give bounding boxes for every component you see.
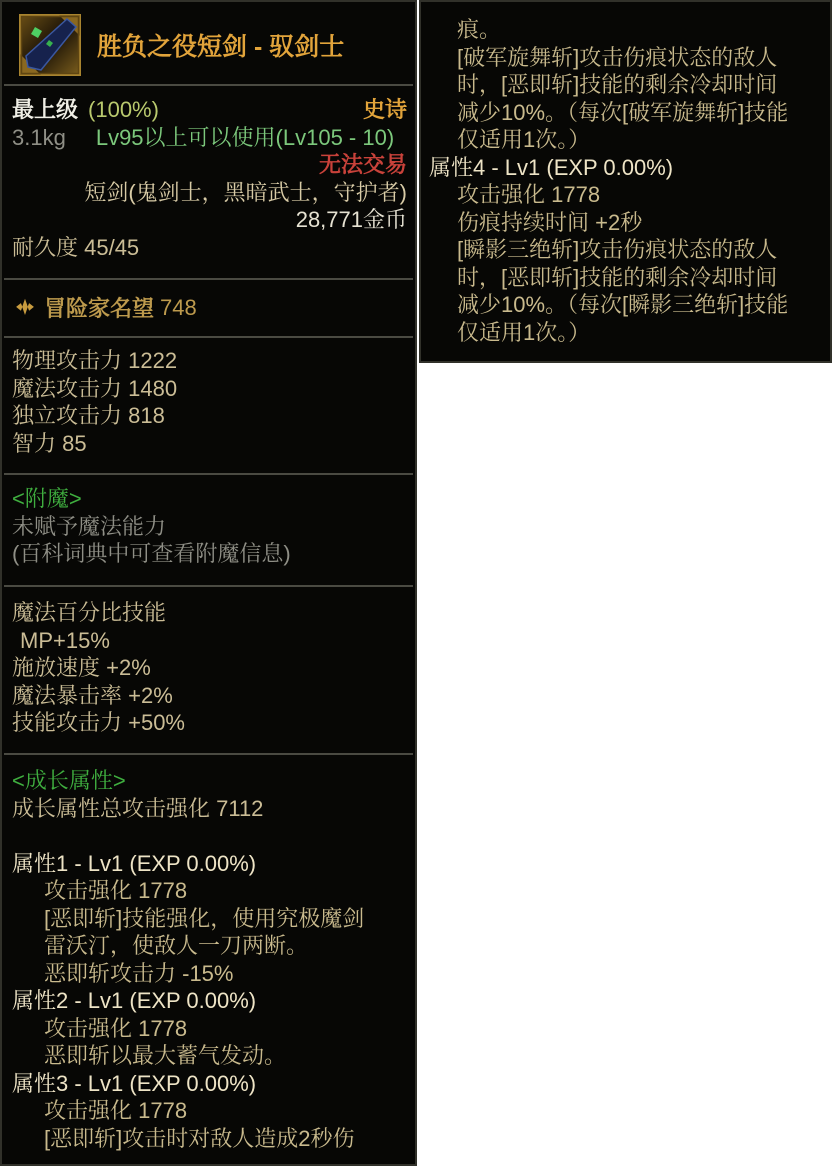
item-icon xyxy=(19,14,81,76)
item-title: 胜负之役短剑 - 驭剑士 xyxy=(97,27,344,63)
divider xyxy=(4,278,413,280)
magic-skill-line: 魔法暴击率 +2% xyxy=(2,682,415,710)
attr1-line: 攻击强化 1778 xyxy=(2,877,415,905)
attr1-line: 恶即斩攻击力 -15% xyxy=(2,960,415,988)
attr3-header: 属性3 - Lv1 (EXP 0.00%) xyxy=(2,1070,415,1098)
attr4-line: 伤痕持续时间 +2秒 xyxy=(421,209,830,237)
item-level-requirement: Lv95以上可以使用(Lv105 - 10) xyxy=(96,124,394,152)
magic-skill-line: MP+15% xyxy=(2,627,415,655)
tooltip-screenshot: 胜负之役短剑 - 驭剑士 最上级 (100%) 史诗 3.1kg Lv95以上可… xyxy=(0,0,832,1166)
attr4-line: 仅适用1次。） xyxy=(421,319,830,347)
item-durability: 耐久度 45/45 xyxy=(2,234,415,262)
enchant-line: (百科词典中可查看附魔信息) xyxy=(2,540,415,568)
enchant-header: <附魔> xyxy=(2,485,415,513)
item-grade-percent: (100%) xyxy=(88,96,159,124)
attr3-line: [恶即斩]攻击时对敌人造成2秒伤 xyxy=(2,1125,415,1153)
attr1-line: [恶即斩]技能强化，使用究极魔剑 xyxy=(2,905,415,933)
growth-total: 成长属性总攻击强化 7112 xyxy=(2,795,415,823)
magic-skill-header: 魔法百分比技能 xyxy=(2,599,415,627)
stat-line: 魔法攻击力 1480 xyxy=(2,375,415,403)
spacer-line xyxy=(2,822,415,850)
magic-skill-line: 技能攻击力 +50% xyxy=(2,709,415,737)
divider xyxy=(4,84,413,86)
tooltip-overflow-panel: 痕。 [破军旋舞斩]攻击伤痕状态的敌人 时，[恶即斩]技能的剩余冷却时间 减少1… xyxy=(419,0,832,363)
attr2-line: 攻击强化 1778 xyxy=(2,1015,415,1043)
stat-line: 物理攻击力 1222 xyxy=(2,347,415,375)
divider xyxy=(4,473,413,475)
attr3-overflow-line: [破军旋舞斩]攻击伤痕状态的敌人 xyxy=(421,44,830,72)
item-header: 胜负之役短剑 - 驭剑士 xyxy=(2,14,415,76)
base-stats-block: 物理攻击力 1222 魔法攻击力 1480 独立攻击力 818 智力 85 xyxy=(2,347,415,457)
attr4-line: 减少10%。（每次[瞬影三绝斩]技能 xyxy=(421,291,830,319)
item-info-block: 最上级 (100%) 史诗 3.1kg Lv95以上可以使用(Lv105 - 1… xyxy=(2,96,415,261)
item-grade: 最上级 xyxy=(12,96,78,124)
growth-header: <成长属性> xyxy=(2,767,415,795)
fame-badge-icon xyxy=(12,295,38,321)
attr1-line: 雷沃汀，使敌人一刀两断。 xyxy=(2,932,415,960)
item-price: 28,771金币 xyxy=(2,206,415,234)
enchant-block: <附魔> 未赋予魔法能力 (百科词典中可查看附魔信息) xyxy=(2,485,415,568)
trade-status: 无法交易 xyxy=(2,151,415,179)
attr4-line: [瞬影三绝斩]攻击伤痕状态的敌人 xyxy=(421,236,830,264)
divider xyxy=(4,753,413,755)
item-weight: 3.1kg xyxy=(12,124,66,152)
overflow-block: 痕。 [破军旋舞斩]攻击伤痕状态的敌人 时，[恶即斩]技能的剩余冷却时间 减少1… xyxy=(421,16,830,346)
divider xyxy=(4,585,413,587)
growth-block: <成长属性> 成长属性总攻击强化 7112 属性1 - Lv1 (EXP 0.0… xyxy=(2,767,415,1152)
item-category: 短剑(鬼剑士，黑暗武士，守护者) xyxy=(2,179,415,207)
attr3-overflow-line: 痕。 xyxy=(421,16,830,44)
attr3-overflow-line: 时，[恶即斩]技能的剩余冷却时间 xyxy=(421,71,830,99)
attr3-line: 攻击强化 1778 xyxy=(2,1097,415,1125)
attr4-line: 时，[恶即斩]技能的剩余冷却时间 xyxy=(421,264,830,292)
adventurer-fame-row: 冒险家名望 748 xyxy=(2,292,415,323)
attr3-overflow-line: 减少10%。（每次[破军旋舞斩]技能 xyxy=(421,99,830,127)
fame-label: 冒险家名望 xyxy=(44,292,154,323)
attr2-line: 恶即斩以最大蓄气发动。 xyxy=(2,1042,415,1070)
attr3-overflow-line: 仅适用1次。） xyxy=(421,126,830,154)
enchant-line: 未赋予魔法能力 xyxy=(2,513,415,541)
item-tooltip-panel: 胜负之役短剑 - 驭剑士 最上级 (100%) 史诗 3.1kg Lv95以上可… xyxy=(0,0,417,1166)
magic-skill-block: 魔法百分比技能 MP+15% 施放速度 +2% 魔法暴击率 +2% 技能攻击力 … xyxy=(2,599,415,737)
stat-line: 独立攻击力 818 xyxy=(2,402,415,430)
stat-line: 智力 85 xyxy=(2,430,415,458)
fame-value: 748 xyxy=(160,295,197,321)
item-rarity: 史诗 xyxy=(363,96,407,124)
attr2-header: 属性2 - Lv1 (EXP 0.00%) xyxy=(2,987,415,1015)
attr1-header: 属性1 - Lv1 (EXP 0.00%) xyxy=(2,850,415,878)
attr4-header: 属性4 - Lv1 (EXP 0.00%) xyxy=(421,154,830,182)
divider xyxy=(4,336,413,338)
attr4-line: 攻击强化 1778 xyxy=(421,181,830,209)
magic-skill-line: 施放速度 +2% xyxy=(2,654,415,682)
